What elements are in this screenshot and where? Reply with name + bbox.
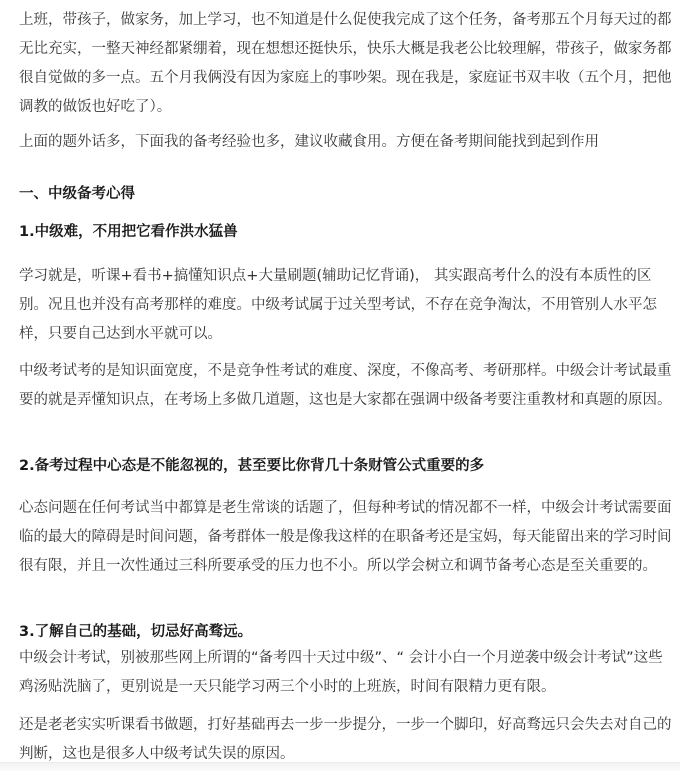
point3-heading: 3.了解自己的基础，切忌好高骛远。	[19, 618, 675, 647]
point2-paragraph-1: 心态问题在任何考试当中都算是老生常谈的话题了，但每种考试的情况都不一样，中级会计…	[19, 494, 675, 581]
point1-paragraph-1: 学习就是，听课+看书+搞懂知识点+大量刷题(辅助记忆背诵)， 其实跟高考什么的没…	[19, 262, 675, 349]
point1-paragraph-2: 中级考试考的是知识面宽度，不是竞争性考试的难度、深度，不像高考、考研那样。中级会…	[19, 357, 675, 415]
point1-heading: 1.中级难，不用把它看作洪水猛兽	[19, 218, 675, 247]
section-heading: 一、中级备考心得	[19, 180, 675, 209]
point2-heading: 2.备考过程中心态是不能忽视的，甚至要比你背几十条财管公式重要的多	[19, 452, 675, 481]
bottom-divider	[0, 762, 680, 771]
point3-paragraph-1: 中级会计考试，别被那些网上所谓的“备考四十天过中级”、“ 会计小白一个月逆袭中级…	[19, 644, 675, 702]
transition-paragraph: 上面的题外话多，下面我的备考经验也多，建议收藏食用。方便在备考期间能找到起到作用	[19, 128, 675, 157]
intro-paragraph: 上班，带孩子，做家务，加上学习，也不知道是什么促使我完成了这个任务，备考那五个月…	[19, 6, 675, 122]
point3-paragraph-2: 还是老老实实听课看书做题，打好基础再去一步一步提分，一步一个脚印，好高骛远只会失…	[19, 711, 675, 769]
